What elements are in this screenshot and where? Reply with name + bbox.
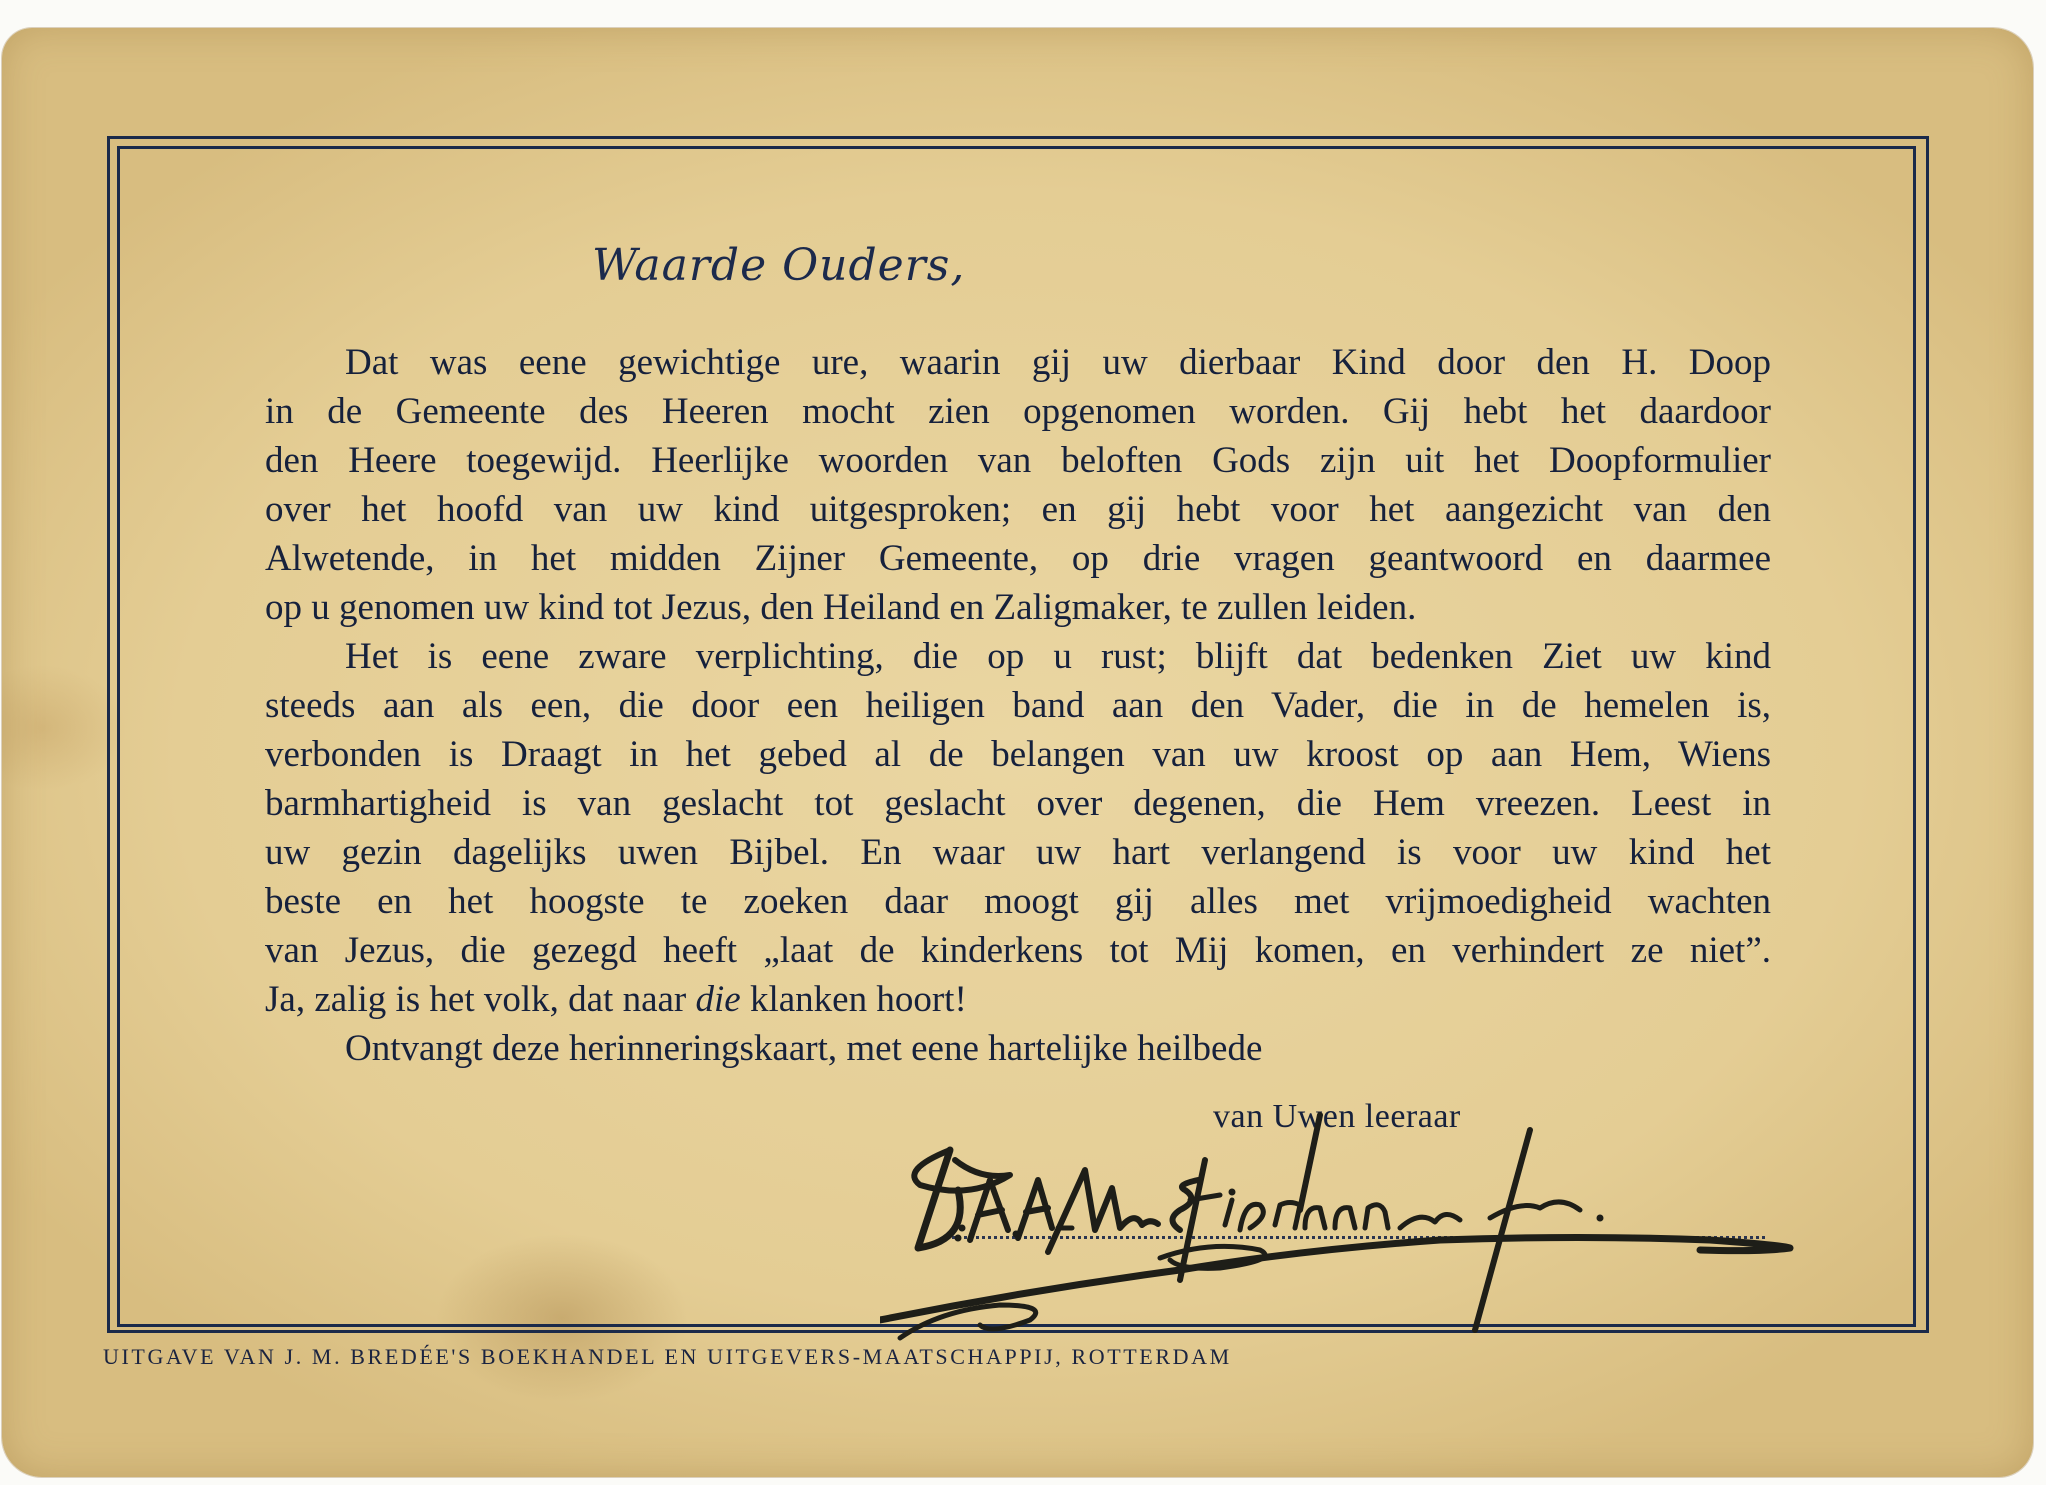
text-line: Dat was eene gewichtige ure, waarin gij … bbox=[265, 338, 1771, 387]
text-line: beste en het hoogste te zoeken daar moog… bbox=[265, 877, 1771, 926]
text-line: Ontvangt deze herinneringskaart, met een… bbox=[265, 1024, 1771, 1073]
text-line: uw gezin dagelijks uwen Bijbel. En waar … bbox=[265, 828, 1771, 877]
text-line: in de Gemeente des Heeren mocht zien opg… bbox=[265, 387, 1771, 436]
text-line: steeds aan als een, die door een heilige… bbox=[265, 681, 1771, 730]
text-line: barmhartigheid is van geslacht tot gesla… bbox=[265, 779, 1771, 828]
text-fragment: klanken hoort! bbox=[741, 979, 967, 1020]
text-line: verbonden is Draagt in het gebed al de b… bbox=[265, 730, 1771, 779]
handwritten-signature bbox=[880, 1100, 1980, 1350]
letter-body: Dat was eene gewichtige ure, waarin gij … bbox=[265, 338, 1771, 1073]
text-line: Alwetende, in het midden Zijner Gemeente… bbox=[265, 534, 1771, 583]
publisher-imprint: UITGAVE VAN J. M. BREDÉE'S BOEKHANDEL EN… bbox=[103, 1344, 1232, 1370]
text-line: van Jezus, die gezegd heeft „laat de kin… bbox=[265, 926, 1771, 975]
signature-text: Dr. A. A. van Stipriaan Luïscius. bbox=[960, 1150, 2027, 1220]
text-line: den Heere toegewijd. Heerlijke woorden v… bbox=[265, 436, 1771, 485]
text-line: over het hoofd van uw kind uitgesproken;… bbox=[265, 485, 1771, 534]
text-fragment: Ja, zalig is het volk, dat naar bbox=[265, 979, 696, 1020]
salutation-heading: Waarde Ouders, bbox=[592, 240, 965, 291]
text-line: Het is eene zware verplichting, die op u… bbox=[265, 632, 1771, 681]
text-line: op u genomen uw kind tot Jezus, den Heil… bbox=[265, 583, 1771, 632]
text-line: Ja, zalig is het volk, dat naar die klan… bbox=[265, 975, 1771, 1024]
emphasized-word: die bbox=[696, 979, 741, 1020]
